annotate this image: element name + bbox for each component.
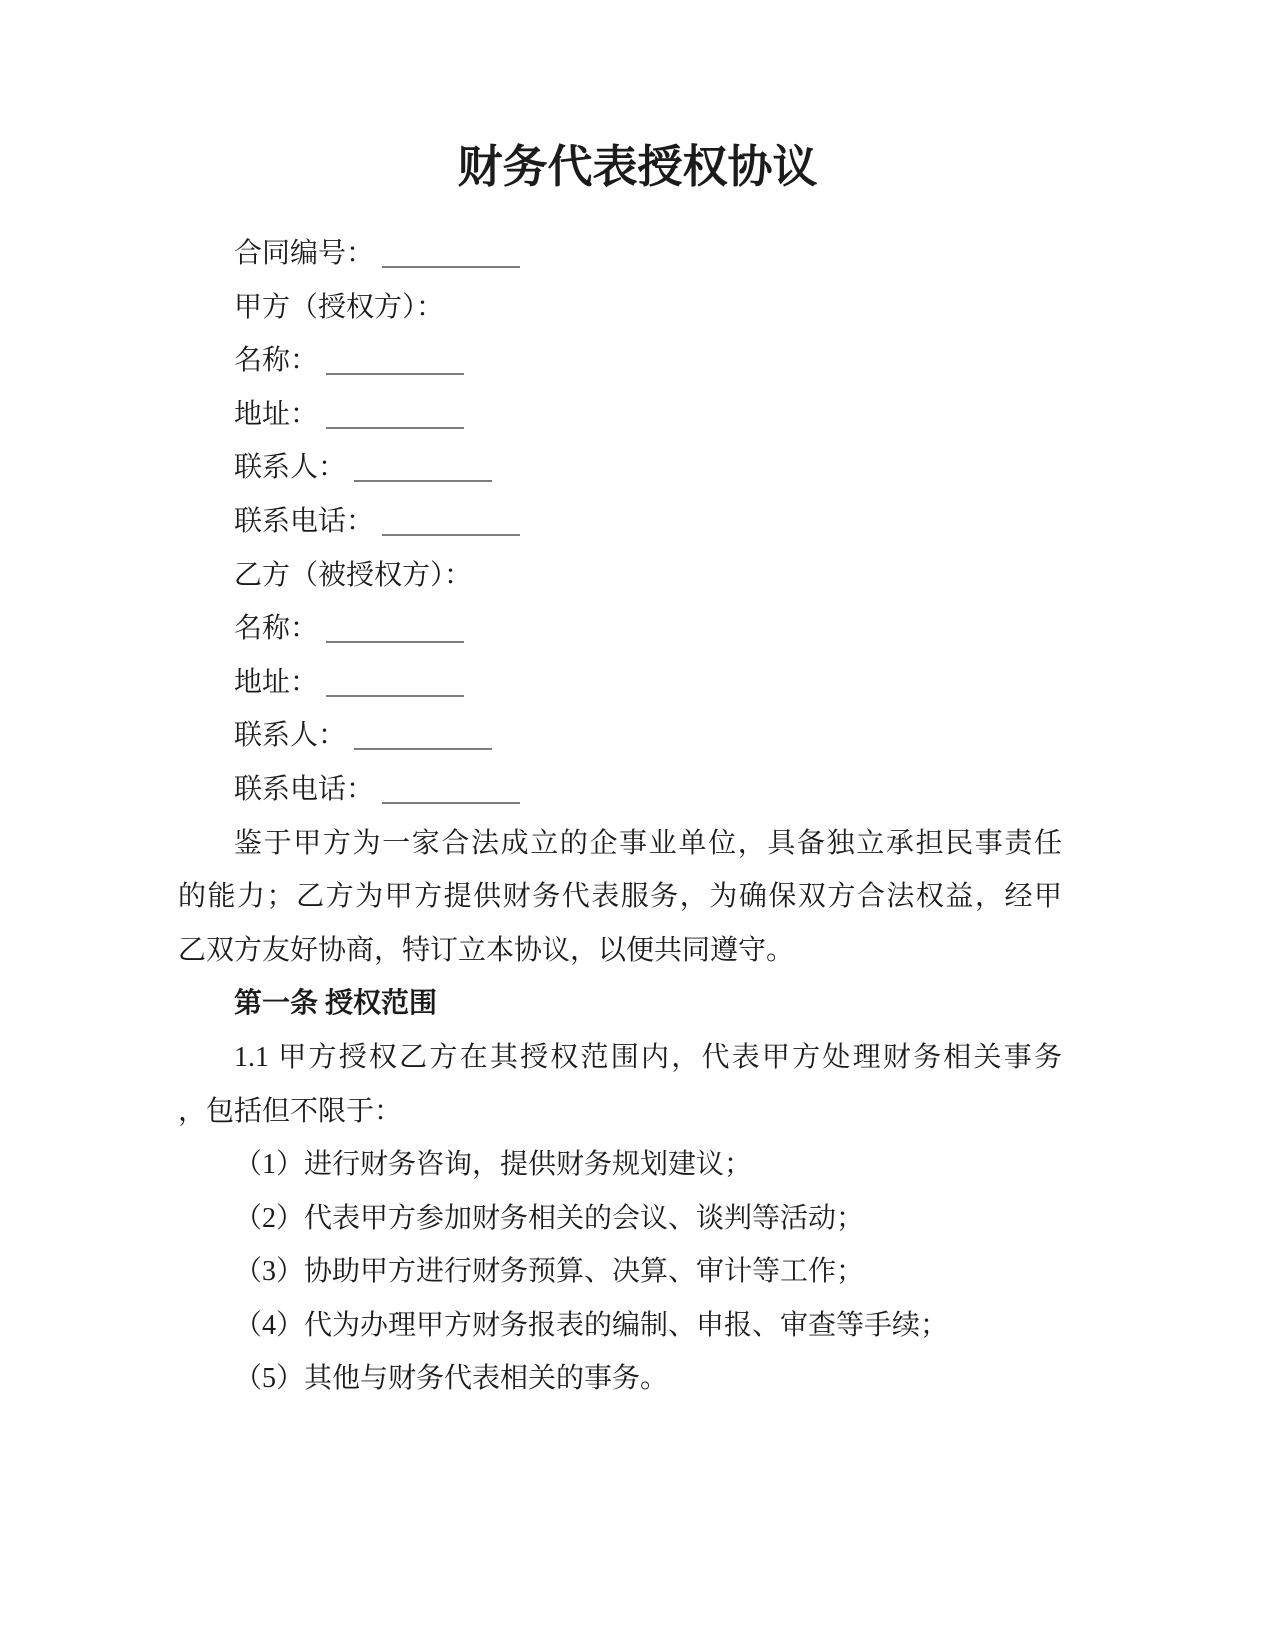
field-label-phone: 联系电话： [234,506,374,537]
field-label-address: 地址： [234,399,318,430]
blank-underline [382,236,520,268]
field-line-party-a-contact: 联系人： [178,441,1062,495]
field-line-contract-no: 合同编号： [178,227,1062,281]
blank-underline [354,718,492,750]
field-line-party-a-name: 名称： [178,334,1062,388]
field-line-party-b-contact: 联系人： [178,709,1062,763]
field-line-party-a-phone: 联系电话： [178,495,1062,549]
document-body: 合同编号： 甲方（授权方）： 名称： 地址： 联系人： 联系电话： 乙方（被授权… [178,227,1062,1406]
document-title: 财务代表授权协议 [0,0,1275,194]
field-line-party-b-name: 名称： [178,602,1062,656]
field-label-contact: 联系人： [234,720,346,751]
field-label-contract-no: 合同编号： [234,238,374,269]
article1-item-1: （1）进行财务咨询，提供财务规划建议； [178,1138,1062,1192]
clause-1-1-line-1: 1.1 甲方授权乙方在其授权范围内，代表甲方处理财务相关事务 [178,1031,1062,1085]
field-line-party-a-header: 甲方（授权方）： [178,281,1062,335]
blank-underline [382,772,520,804]
blank-underline [382,504,520,536]
article1-item-3: （3）协助甲方进行财务预算、决算、审计等工作； [178,1245,1062,1299]
blank-underline [326,611,464,643]
field-label-contact: 联系人： [234,452,346,483]
field-label-name: 名称： [234,345,318,376]
blank-underline [326,343,464,375]
blank-underline [326,397,464,429]
article1-heading: 第一条 授权范围 [178,977,1062,1031]
preamble-line-1: 鉴于甲方为一家合法成立的企事业单位，具备独立承担民事责任 [178,817,1062,871]
article1-item-5: （5）其他与财务代表相关的事务。 [178,1352,1062,1406]
field-line-party-b-header: 乙方（被授权方）： [178,549,1062,603]
preamble-line-2: 的能力；乙方为甲方提供财务代表服务，为确保双方合法权益，经甲 [178,870,1062,924]
field-line-party-b-phone: 联系电话： [178,763,1062,817]
field-line-party-a-address: 地址： [178,388,1062,442]
blank-underline [326,665,464,697]
clause-1-1-line-2: ，包括但不限于： [178,1085,1062,1139]
document-page: 财务代表授权协议 合同编号： 甲方（授权方）： 名称： 地址： 联系人： 联系电… [0,0,1275,1650]
field-label-party-a: 甲方（授权方）： [234,292,444,323]
field-label-address: 地址： [234,667,318,698]
field-label-phone: 联系电话： [234,774,374,805]
field-label-name: 名称： [234,613,318,644]
field-label-party-b: 乙方（被授权方）： [234,560,472,591]
preamble-line-3: 乙双方友好协商，特订立本协议，以便共同遵守。 [178,924,1062,978]
article1-item-2: （2）代表甲方参加财务相关的会议、谈判等活动； [178,1192,1062,1246]
field-line-party-b-address: 地址： [178,656,1062,710]
article1-item-4: （4）代为办理甲方财务报表的编制、申报、审查等手续； [178,1299,1062,1353]
blank-underline [354,450,492,482]
